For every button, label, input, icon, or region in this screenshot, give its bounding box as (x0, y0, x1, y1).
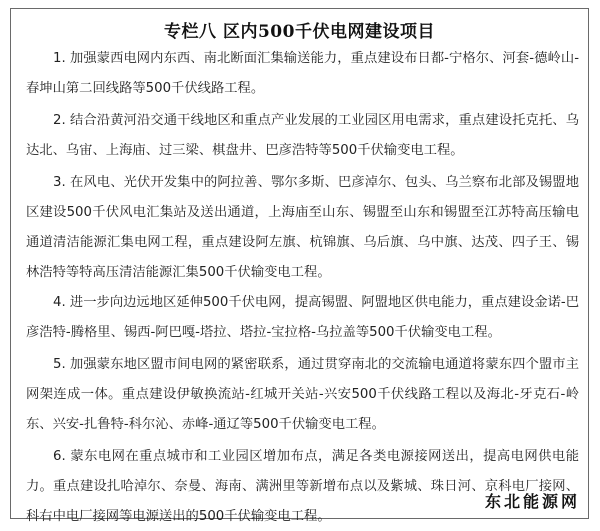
watermark-logo: 东北能源网 (485, 489, 580, 512)
paragraph-2: 2. 结合沿黄河沿交通干线地区和重点产业发展的工业园区用电需求，重点建设托克托、… (26, 106, 579, 166)
paragraph-3: 3. 在风电、光伏开发集中的阿拉善、鄂尔多斯、巴彦淖尔、包头、乌兰察布北部及锡盟… (26, 168, 579, 288)
paragraph-4: 4. 进一步向边远地区延伸500千伏电网，提高锡盟、阿盟地区供电能力，重点建设金… (26, 288, 579, 348)
paragraph-5: 5. 加强蒙东地区盟市间电网的紧密联系，通过贯穿南北的交流输电通道将蒙东四个盟市… (26, 350, 579, 440)
document-panel: 专栏八 区内500千伏电网建设项目 1. 加强蒙西电网内东西、南北断面汇集输送能… (10, 8, 589, 519)
paragraph-1: 1. 加强蒙西电网内东西、南北断面汇集输送能力，重点建设布日都-宁格尔、河套-德… (26, 44, 579, 104)
document-title: 专栏八 区内500千伏电网建设项目 (11, 17, 588, 42)
paragraph-6: 6. 蒙东电网在重点城市和工业园区增加布点，满足各类电源接网送出，提高电网供电能… (26, 442, 579, 531)
